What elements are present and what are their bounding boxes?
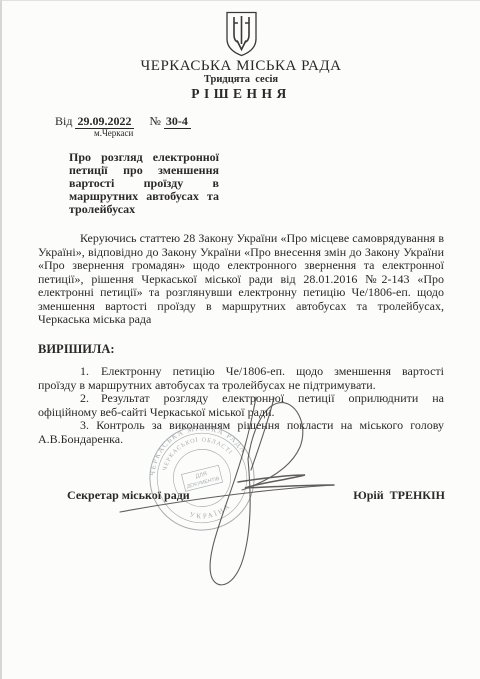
- document-subject: Про розгляд електронної петиції про змен…: [69, 151, 219, 216]
- document-date: 29.09.2022: [75, 114, 134, 129]
- stamp-ring-bottom-text: УКРАЇНА: [187, 501, 234, 525]
- stamp-ring-outer-text: ЧЕРКАСЬКА МІСЬКА РАДА: [146, 422, 250, 478]
- document-header: ЧЕРКАСЬКА МІСЬКА РАДА Тридцята сесія РІШ…: [2, 1, 480, 101]
- ukraine-trident-emblem-icon: [225, 11, 258, 57]
- document-type-title: РІШЕННЯ: [2, 86, 480, 101]
- preamble-paragraph: Керуючись статтею 28 Закону України «Про…: [38, 232, 444, 327]
- resolved-label: ВИРІШИЛА:: [38, 343, 444, 357]
- decision-item-1: 1. Електронну петицію Че/1806-еп. щодо з…: [38, 365, 444, 392]
- session-label: Тридцята сесія: [2, 74, 480, 86]
- svg-text:УКРАЇНА: УКРАЇНА: [187, 501, 234, 525]
- signer-name: Юрій ТРЕНКІН: [353, 488, 445, 502]
- decision-item-2: 2. Результат розгляду електронної петиці…: [38, 392, 444, 419]
- document-meta-line: Від 29.09.2022 № 30-4 м.Черкаси: [55, 114, 480, 138]
- svg-text:ЧЕРКАСЬКА МІСЬКА РАДА: ЧЕРКАСЬКА МІСЬКА РАДА: [146, 422, 250, 478]
- date-label: Від: [55, 114, 72, 128]
- document-place: м.Черкаси: [94, 128, 480, 138]
- document-number: 30-4: [164, 114, 191, 129]
- document-page: ЧЕРКАСЬКА МІСЬКА РАДА Тридцята сесія РІШ…: [0, 0, 480, 679]
- organization-name: ЧЕРКАСЬКА МІСЬКА РАДА: [2, 58, 480, 74]
- number-sign: №: [149, 114, 160, 128]
- handwritten-signature: [2, 1, 480, 679]
- round-official-stamp: ЧЕРКАСЬКА МІСЬКА РАДА ЧЕРКАСЬКОЇ ОБЛАСТІ…: [146, 422, 258, 534]
